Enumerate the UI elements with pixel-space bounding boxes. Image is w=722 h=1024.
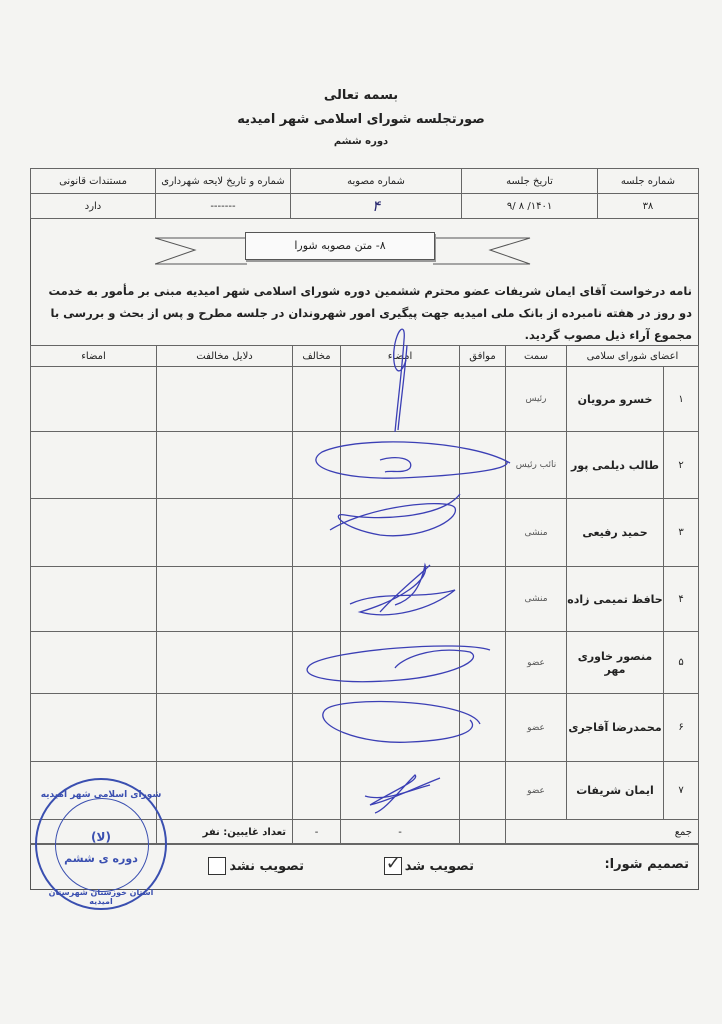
stamp-inner-ring	[55, 798, 149, 892]
stamp-emblem: (لا)	[37, 830, 165, 844]
stamp-middle-text: دوره ی ششم	[37, 852, 165, 865]
stamp-bottom-text: استان خوزستان شهرستان امیدیه	[37, 888, 165, 906]
council-stamp: شورای اسلامی شهر امیدیه (لا) دوره ی ششم …	[35, 778, 167, 910]
stamp-top-text: شورای اسلامی شهر امیدیه	[37, 790, 165, 800]
